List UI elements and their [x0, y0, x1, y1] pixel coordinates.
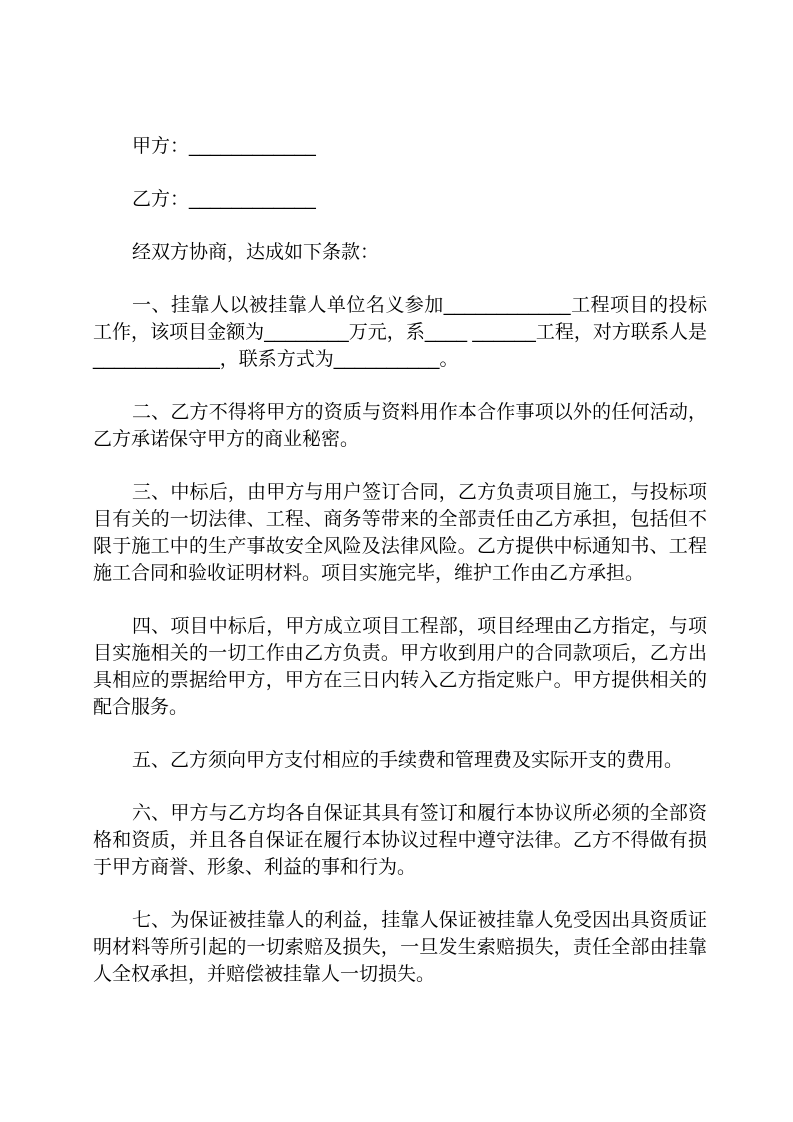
clause-3: 三、中标后，由甲方与用户签订合同，乙方负责项目施工，与投标项目有关的一切法律、工… — [93, 479, 707, 587]
clause-7: 七、为保证被挂靠人的利益，挂靠人保证被挂靠人免受因出具资质证明材料等所引起的一切… — [93, 907, 707, 988]
clause-2: 二、乙方不得将甲方的资质与资料用作本合作事项以外的任何活动，乙方承诺保守甲方的商… — [93, 399, 707, 453]
contract-document-page: 甲方：____________ 乙方：____________ 经双方协商，达成… — [0, 0, 793, 1122]
party-a-line: 甲方：____________ — [93, 133, 707, 160]
party-b-line: 乙方：____________ — [93, 186, 707, 213]
clause-4: 四、项目中标后，甲方成立项目工程部，项目经理由乙方指定，与项目实施相关的一切工作… — [93, 613, 707, 721]
preamble-line: 经双方协商，达成如下条款： — [93, 239, 707, 266]
clause-6: 六、甲方与乙方均各自保证其具有签订和履行本协议所必须的全部资格和资质，并且各自保… — [93, 800, 707, 881]
clause-1: 一、挂靠人以被挂靠人单位名义参加____________工程项目的投标工作，该项… — [93, 292, 707, 373]
clause-5: 五、乙方须向甲方支付相应的手续费和管理费及实际开支的费用。 — [93, 747, 707, 774]
